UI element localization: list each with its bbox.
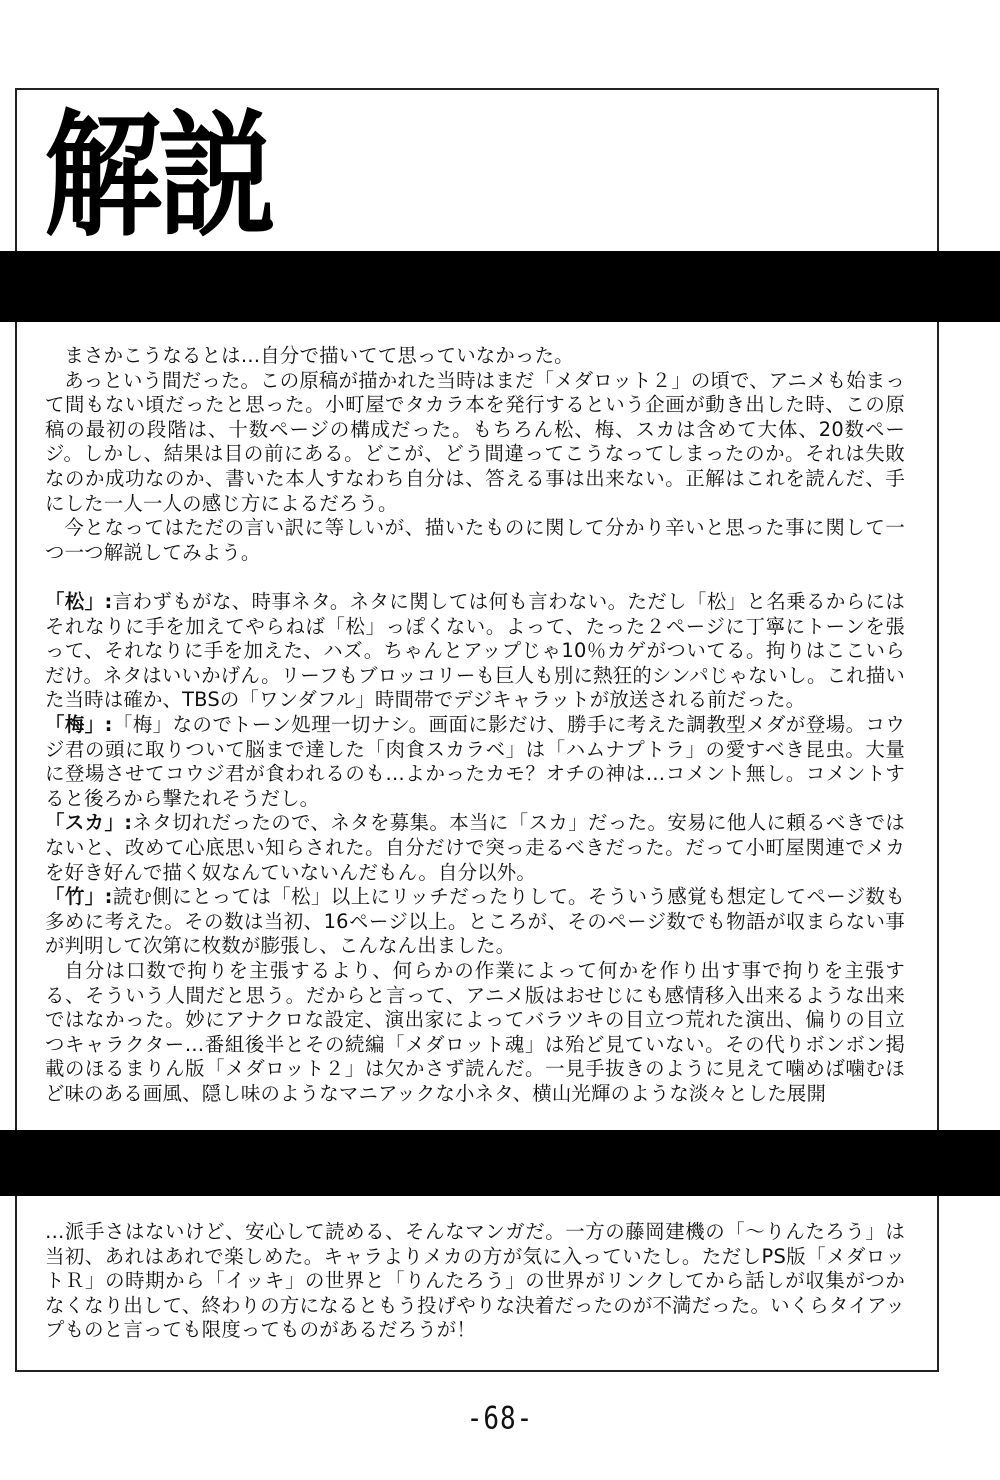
note-text: ネタ切れだったので、ネタを募集。本当に「スカ」だった。安易に他人に頼るべきではな… — [45, 811, 905, 883]
closing-paragraph: 自分は口数で拘りを主張するより、何らかの作業によって何かを作り出す事で拘りを主張… — [45, 959, 905, 1107]
notes-section: 「松」:言わずもがな、時事ネタ。ネタに関しては何も言わない。ただし「松」と名乗る… — [45, 590, 905, 1106]
note-label: 「竹」: — [45, 885, 113, 908]
black-divider-bar-top — [0, 251, 1000, 322]
note-matsu: 「松」:言わずもがな、時事ネタ。ネタに関しては何も言わない。ただし「松」と名乗る… — [45, 590, 905, 713]
note-text: 読む側にとっては「松」以上にリッチだったりして。そういう感覚も想定してページ数も… — [45, 885, 905, 957]
continuation-paragraph: …派手さはないけど、安心して読める、そんなマンガだ。一方の藤岡建機の「〜りんたろ… — [45, 1220, 905, 1343]
intro-paragraph-2: あっという間だった。この原稿が描かれた当時はまだ「メダロット２」の頃で、アニメも… — [45, 369, 905, 517]
continuation-section: …派手さはないけど、安心して読める、そんなマンガだ。一方の藤岡建機の「〜りんたろ… — [45, 1220, 905, 1343]
note-label: 「スカ」: — [45, 811, 132, 834]
note-take: 「竹」:読む側にとっては「松」以上にリッチだったりして。そういう感覚も想定してペ… — [45, 885, 905, 959]
page-title: 解説 — [44, 108, 272, 244]
intro-section: まさかこうなるとは…自分で描いてて思っていなかった。 あっという間だった。この原… — [45, 344, 905, 565]
note-text: 言わずもがな、時事ネタ。ネタに関しては何も言わない。ただし「松」と名乗るからには… — [45, 590, 905, 711]
note-label: 「松」: — [45, 590, 112, 613]
note-text: 「梅」なのでトーン処理一切ナシ。画面に影だけ、勝手に考えた調教型メダが登場。コウ… — [45, 713, 905, 810]
note-ume: 「梅」:「梅」なのでトーン処理一切ナシ。画面に影だけ、勝手に考えた調教型メダが登… — [45, 713, 905, 811]
page-number: -68- — [0, 1401, 1000, 1437]
black-divider-bar-bottom — [0, 1130, 1000, 1196]
intro-paragraph-3: 今となってはただの言い訳に等しいが、描いたものに関して分かり辛いと思った事に関し… — [45, 516, 905, 565]
note-suka: 「スカ」:ネタ切れだったので、ネタを募集。本当に「スカ」だった。安易に他人に頼る… — [45, 811, 905, 885]
intro-paragraph-1: まさかこうなるとは…自分で描いてて思っていなかった。 — [45, 344, 905, 369]
note-label: 「梅」: — [45, 713, 113, 736]
